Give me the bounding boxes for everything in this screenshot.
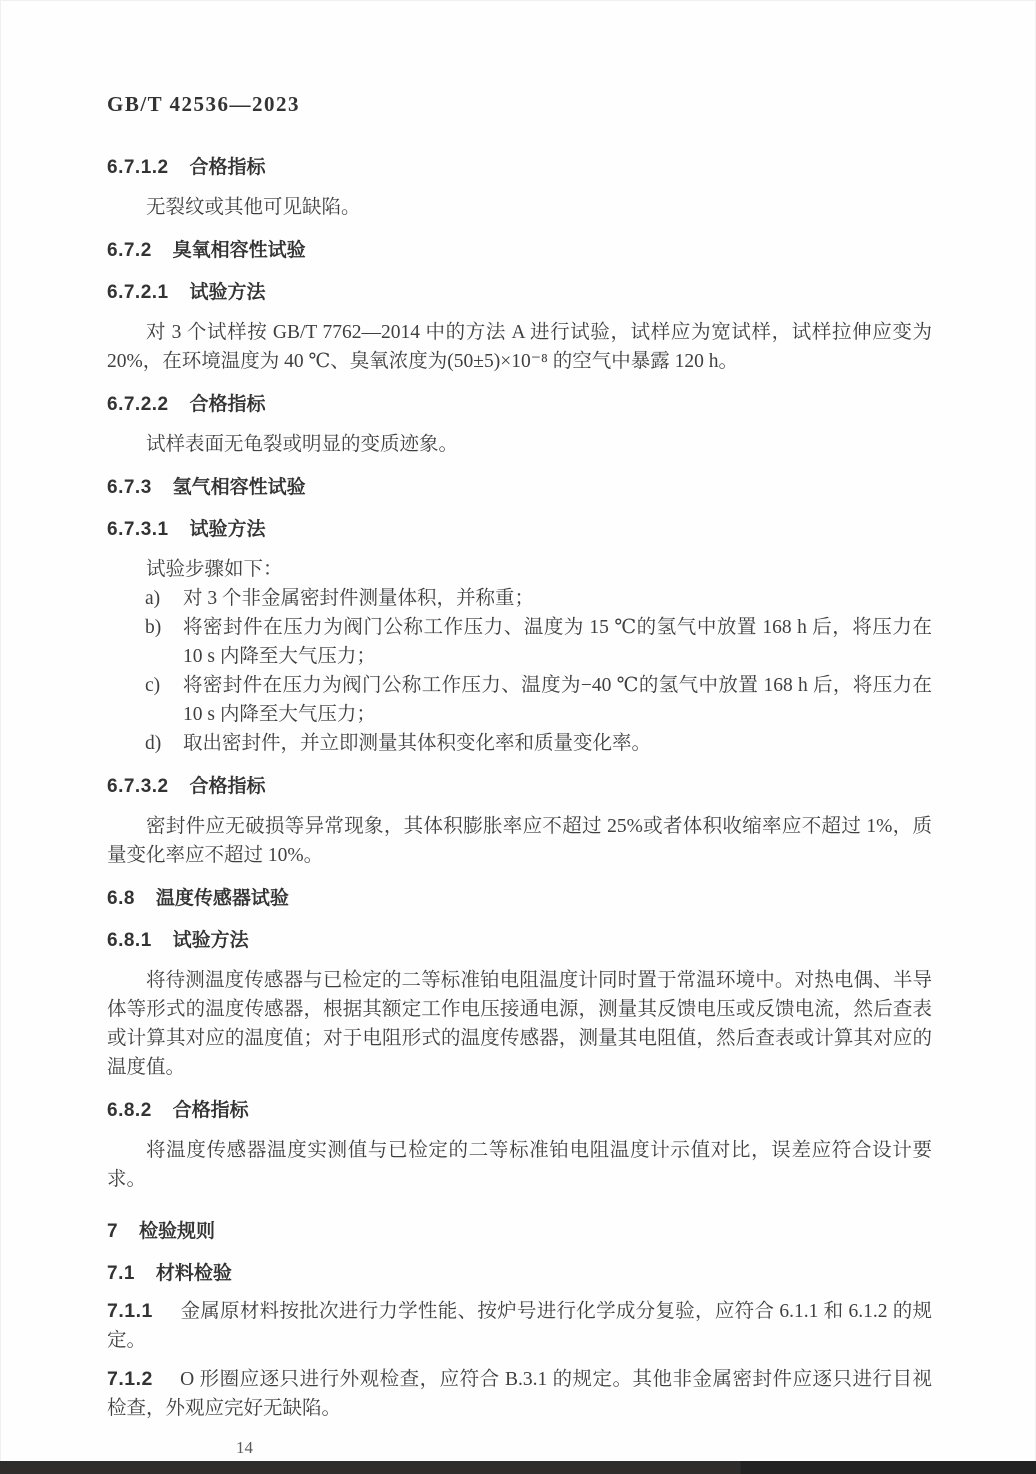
paragraph-6-8-2: 将温度传感器温度实测值与已检定的二等标准铂电阻温度计示值对比，误差应符合设计要求… [107, 1136, 932, 1194]
clause-title: 试验方法 [190, 519, 266, 540]
clause-number: 6.7.3.1 [107, 519, 169, 540]
page-number: 14 [236, 1437, 932, 1459]
clause-title: 合格指标 [190, 776, 266, 797]
list-intro: 试验步骤如下： [107, 555, 932, 584]
page-body: GB/T 42536—2023 6.7.1.2合格指标 无裂纹或其他可见缺陷。 … [0, 0, 1036, 1459]
list-item-text: 将密封件在压力为阀门公称工作压力、温度为−40 ℃的氢气中放置 168 h 后，… [183, 671, 932, 729]
paragraph-6-7-2-2: 试样表面无龟裂或明显的变质迹象。 [107, 430, 932, 459]
clause-7-1-1: 7.1.1金属原材料按批次进行力学性能、按炉号进行化学成分复验，应符合 6.1.… [107, 1297, 932, 1355]
list-marker: d) [145, 729, 183, 758]
heading-6-8: 6.8温度传感器试验 [107, 885, 932, 912]
heading-6-7-3-1: 6.7.3.1试验方法 [107, 516, 932, 543]
list-marker: b) [145, 613, 183, 671]
bottom-taskbar-strip [0, 1461, 1036, 1474]
clause-number: 6.8.1 [107, 930, 152, 951]
heading-7-1: 7.1材料检验 [107, 1260, 932, 1287]
heading-6-8-2: 6.8.2合格指标 [107, 1097, 932, 1124]
list-marker: a) [145, 584, 183, 613]
clause-number: 6.7.1.2 [107, 157, 169, 178]
list-item-b: b) 将密封件在压力为阀门公称工作压力、温度为 15 ℃的氢气中放置 168 h… [145, 613, 932, 671]
clause-title: 臭氧相容性试验 [173, 240, 306, 261]
clause-number: 6.7.3.2 [107, 776, 169, 797]
clause-number: 6.7.2 [107, 240, 152, 261]
clause-title: 试验方法 [173, 930, 249, 951]
clause-title: 合格指标 [190, 157, 266, 178]
clause-title: 材料检验 [156, 1263, 232, 1284]
test-step-list: a) 对 3 个非金属密封件测量体积，并称重； b) 将密封件在压力为阀门公称工… [145, 584, 932, 758]
standard-number-header: GB/T 42536—2023 [107, 92, 932, 117]
clause-7-1-2: 7.1.2O 形圈应逐只进行外观检查，应符合 B.3.1 的规定。其他非金属密封… [107, 1365, 932, 1423]
document-page: GB/T 42536—2023 6.7.1.2合格指标 无裂纹或其他可见缺陷。 … [0, 0, 1036, 1474]
list-item-text: 取出密封件，并立即测量其体积变化率和质量变化率。 [183, 729, 932, 758]
heading-6-8-1: 6.8.1试验方法 [107, 927, 932, 954]
clause-title: 氢气相容性试验 [173, 477, 306, 498]
heading-6-7-2-1: 6.7.2.1试验方法 [107, 279, 932, 306]
list-item-text: 对 3 个非金属密封件测量体积，并称重； [183, 584, 932, 613]
clause-number: 6.7.2.2 [107, 394, 169, 415]
paragraph-6-7-2-1: 对 3 个试样按 GB/T 7762—2014 中的方法 A 进行试验，试样应为… [107, 318, 932, 376]
clause-number: 6.8.2 [107, 1100, 152, 1121]
list-item-text: 将密封件在压力为阀门公称工作压力、温度为 15 ℃的氢气中放置 168 h 后，… [183, 613, 932, 671]
paragraph-6-8-1: 将待测温度传感器与已检定的二等标准铂电阻温度计同时置于常温环境中。对热电偶、半导… [107, 966, 932, 1082]
clause-text: 金属原材料按批次进行力学性能、按炉号进行化学成分复验，应符合 6.1.1 和 6… [107, 1301, 932, 1351]
heading-6-7-1-2: 6.7.1.2合格指标 [107, 154, 932, 181]
clause-number: 7.1.2 [107, 1368, 153, 1390]
clause-number: 6.8 [107, 888, 135, 909]
clause-number: 7.1.1 [107, 1300, 153, 1322]
heading-6-7-3-2: 6.7.3.2合格指标 [107, 773, 932, 800]
clause-title: 检验规则 [139, 1221, 215, 1242]
clause-text: O 形圈应逐只进行外观检查，应符合 B.3.1 的规定。其他非金属密封件应逐只进… [107, 1369, 932, 1419]
paragraph-6-7-3-2: 密封件应无破损等异常现象，其体积膨胀率应不超过 25%或者体积收缩率应不超过 1… [107, 812, 932, 870]
paragraph-6-7-1-2: 无裂纹或其他可见缺陷。 [107, 193, 932, 222]
list-marker: c) [145, 671, 183, 729]
clause-title: 试验方法 [190, 282, 266, 303]
clause-number: 6.7.3 [107, 477, 152, 498]
clause-number: 7 [107, 1221, 118, 1242]
list-item-c: c) 将密封件在压力为阀门公称工作压力、温度为−40 ℃的氢气中放置 168 h… [145, 671, 932, 729]
heading-6-7-2: 6.7.2臭氧相容性试验 [107, 237, 932, 264]
clause-number: 7.1 [107, 1263, 135, 1284]
clause-title: 合格指标 [173, 1100, 249, 1121]
heading-7: 7检验规则 [107, 1218, 932, 1245]
heading-6-7-3: 6.7.3氢气相容性试验 [107, 474, 932, 501]
clause-number: 6.7.2.1 [107, 282, 169, 303]
clause-title: 温度传感器试验 [156, 888, 289, 909]
heading-6-7-2-2: 6.7.2.2合格指标 [107, 391, 932, 418]
clause-title: 合格指标 [190, 394, 266, 415]
list-item-d: d) 取出密封件，并立即测量其体积变化率和质量变化率。 [145, 729, 932, 758]
list-item-a: a) 对 3 个非金属密封件测量体积，并称重； [145, 584, 932, 613]
